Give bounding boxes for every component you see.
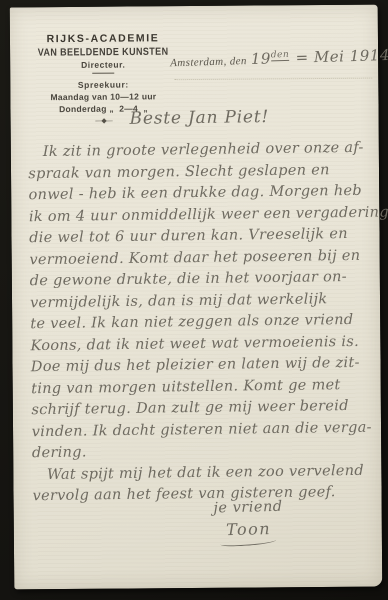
dateline-rule xyxy=(174,78,372,81)
letterhead-title: RIJKS-ACADEMIE xyxy=(24,32,182,45)
letterhead-divider xyxy=(92,73,114,74)
signature: Toon xyxy=(226,519,271,539)
letterhead-subtitle: VAN BEELDENDE KUNSTEN xyxy=(24,45,182,58)
dateline-rest: = Mei 1914 xyxy=(295,46,388,67)
letter-line: vervolg aan het feest van gisteren geef. xyxy=(32,482,376,508)
letter-lines: Ik zit in groote verlegenheid over onze … xyxy=(28,138,377,508)
photo-frame: RIJKS-ACADEMIE VAN BEELDENDE KUNSTEN Dir… xyxy=(0,0,388,600)
letter-line: vinden. Ik dacht gisteren niet aan die v… xyxy=(32,417,376,443)
office-hours-line1: Maandag van 10—12 uur xyxy=(24,91,182,102)
letter-greeting: Beste Jan Piet! xyxy=(129,106,371,129)
closing-text: je vriend xyxy=(213,499,283,517)
dateline-day-suffix: den xyxy=(271,50,290,62)
letterhead-role: Directeur. xyxy=(24,59,182,70)
office-hours-title: Spreekuur: xyxy=(24,79,182,90)
dateline: Amsterdam, den 19den = Mei 1914 xyxy=(170,46,372,71)
letter-paper: RIJKS-ACADEMIE VAN BEELDENDE KUNSTEN Dir… xyxy=(10,5,383,590)
dateline-printed: Amsterdam, den xyxy=(170,55,247,69)
letter-body: Beste Jan Piet! Ik zit in groote verlege… xyxy=(27,106,376,508)
closing-block: je vriend Toon xyxy=(213,499,283,541)
signature-flourish xyxy=(220,537,276,547)
dateline-handwritten: 19den = Mei 1914 xyxy=(251,46,388,68)
dateline-day: 19 xyxy=(251,49,272,68)
